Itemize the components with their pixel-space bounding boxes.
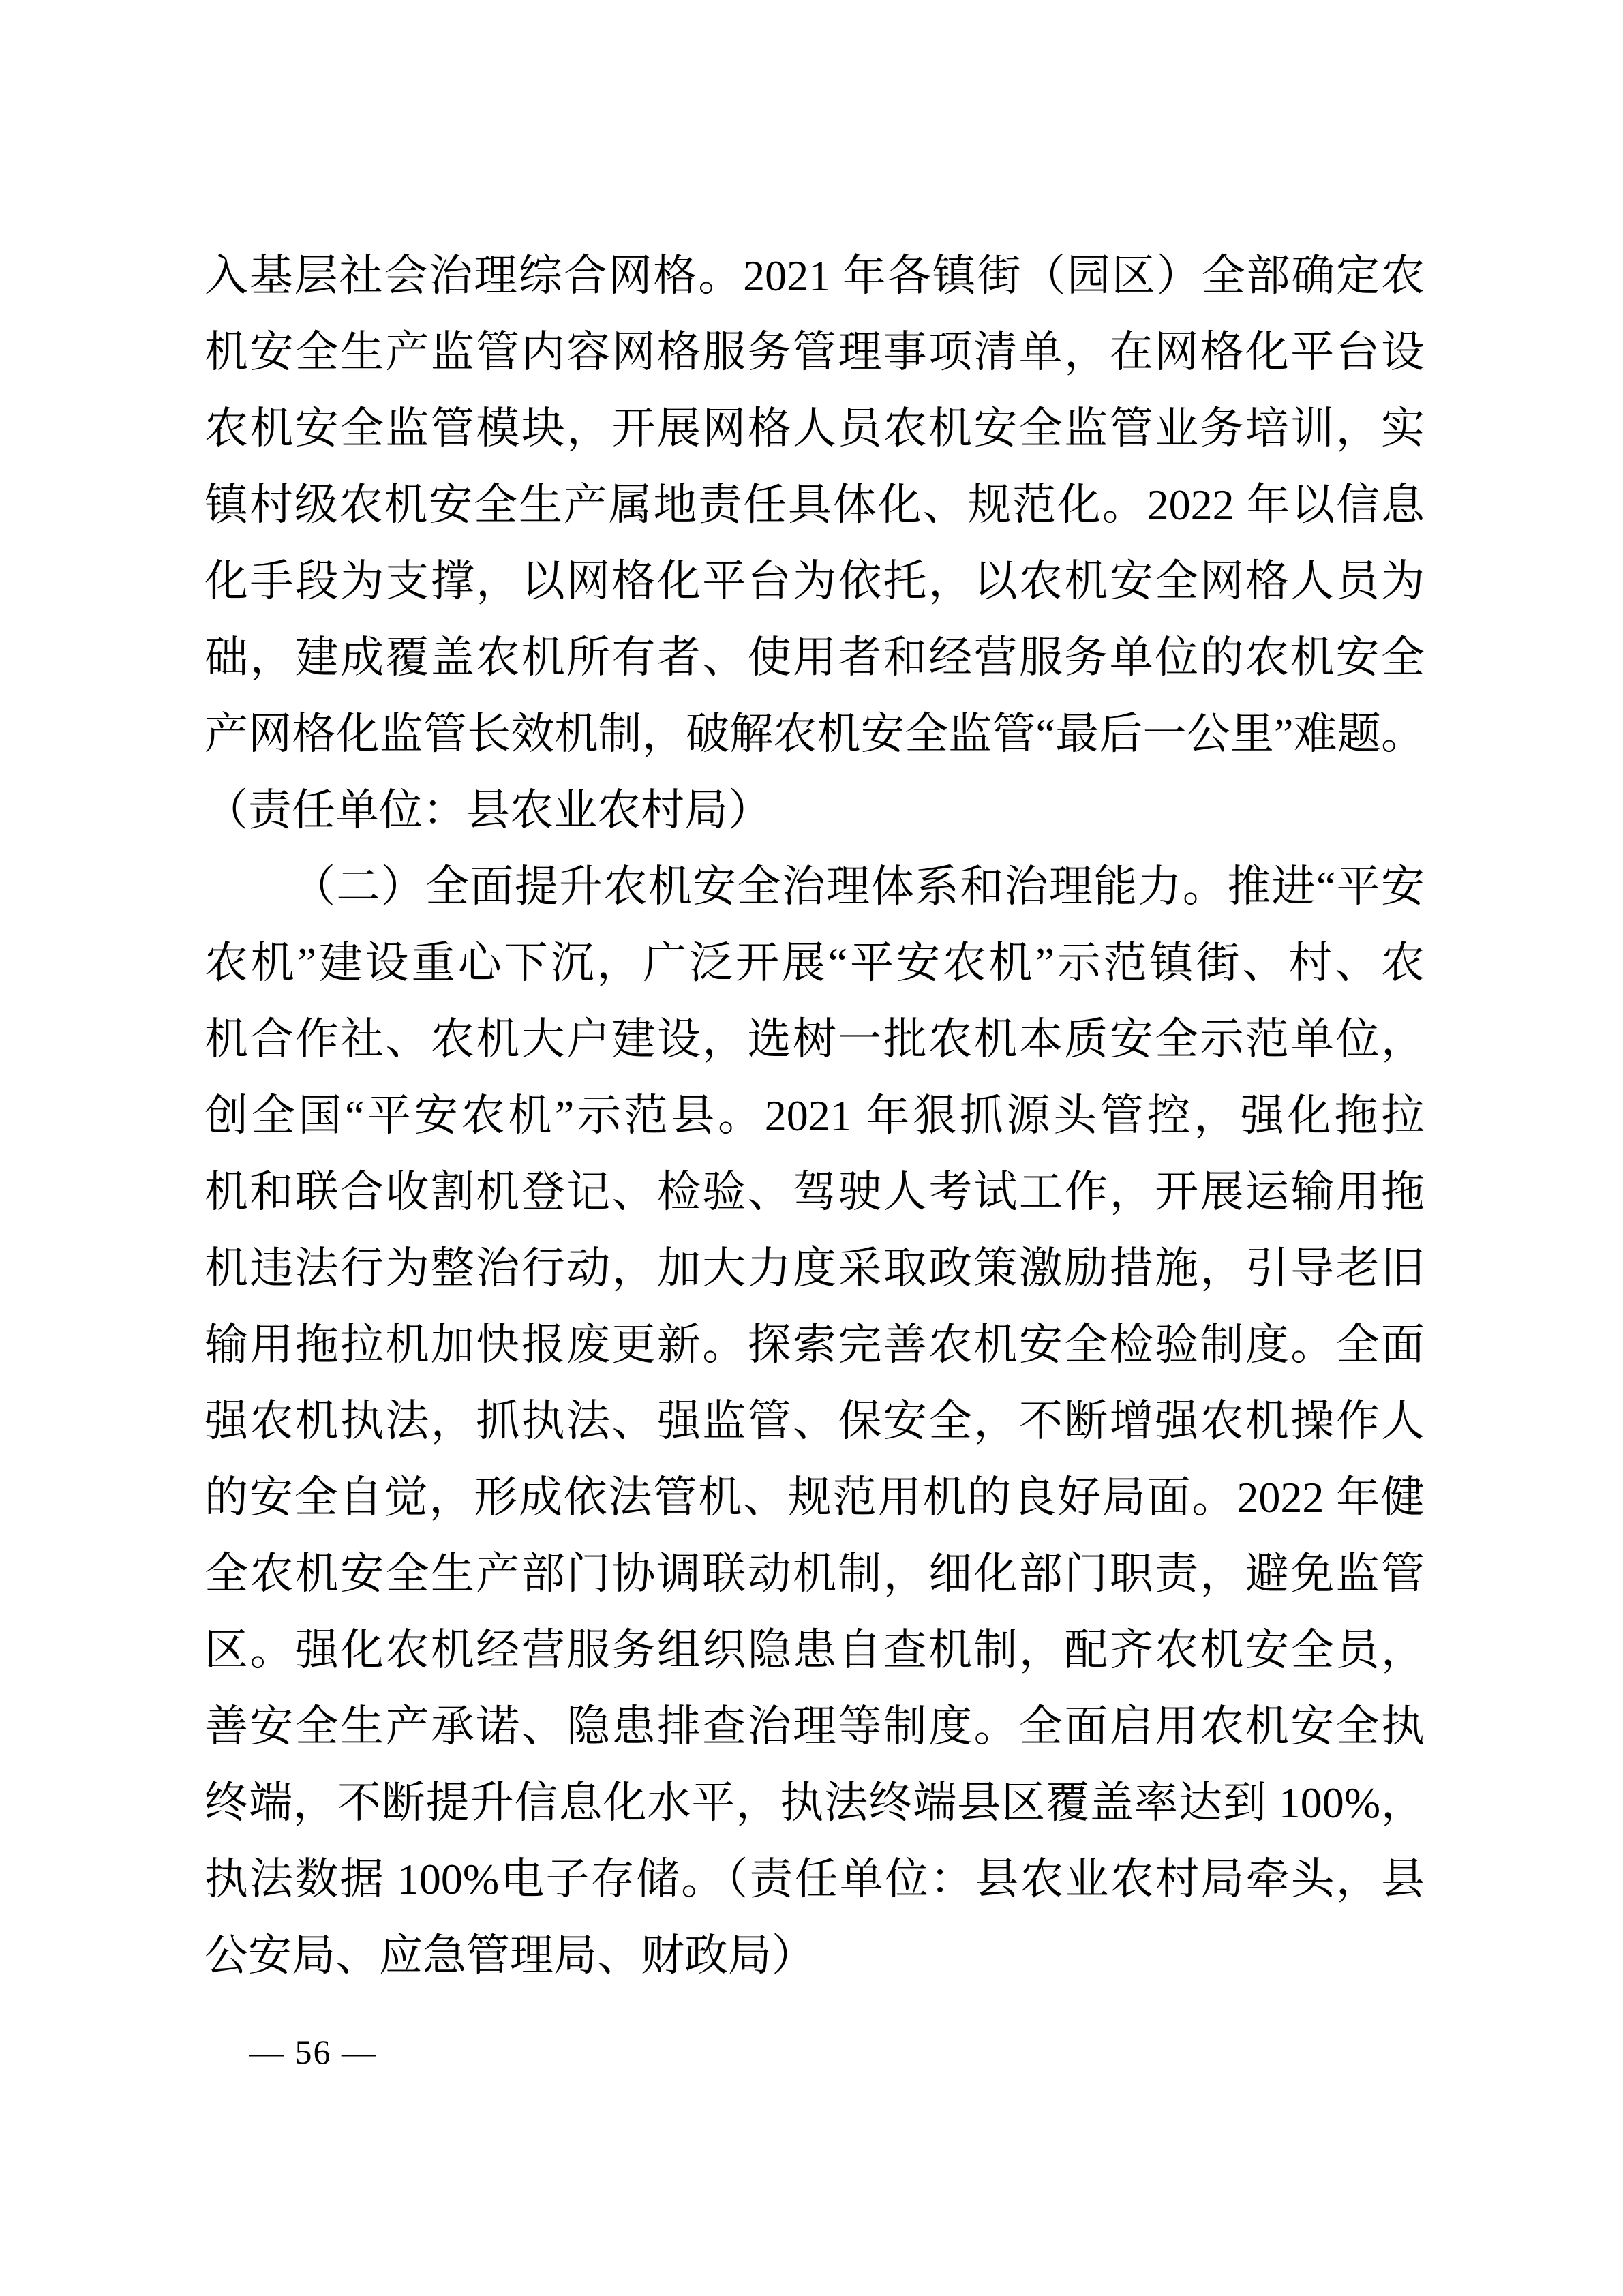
text-line: 的安全自觉，形成依法管机、规范用机的良好局面。2022 年健 bbox=[204, 1460, 1425, 1536]
text-line: 化手段为支撑，以网格化平台为依托，以农机安全网格人员为基 bbox=[204, 543, 1425, 620]
text-line: 产网格化监管长效机制，破解农机安全监管“最后一公里”难题。 bbox=[204, 696, 1425, 772]
text-line: 善安全生产承诺、隐患排查治理等制度。全面启用农机安全执法 bbox=[204, 1689, 1425, 1765]
text-line: 机和联合收割机登记、检验、驾驶人考试工作，开展运输用拖拉 bbox=[204, 1154, 1425, 1230]
text-line: 区。强化农机经营服务组织隐患自查机制，配齐农机安全员，完 bbox=[204, 1612, 1425, 1689]
text-line: 强农机执法，抓执法、强监管、保安全，不断增强农机操作人员 bbox=[204, 1383, 1425, 1460]
text-line: 输用拖拉机加快报废更新。探索完善农机安全检验制度。全面加 bbox=[204, 1307, 1425, 1383]
responsibility-unit-line: 公安局、应急管理局、财政局） bbox=[204, 1918, 1425, 1994]
text-line: 入基层社会治理综合网格。2021 年各镇街（园区）全部确定农 bbox=[204, 238, 1425, 314]
paragraph-2: （二）全面提升农机安全治理体系和治理能力。推进“平安 农机”建设重心下沉，广泛开… bbox=[204, 849, 1425, 1994]
text-line: 机合作社、农机大户建设，选树一批农机本质安全示范单位，争 bbox=[204, 1001, 1425, 1078]
text-line: 农机”建设重心下沉，广泛开展“平安农机”示范镇街、村、农 bbox=[204, 925, 1425, 1001]
text-line: （二）全面提升农机安全治理体系和治理能力。推进“平安 bbox=[204, 849, 1425, 925]
document-page: 入基层社会治理综合网格。2021 年各镇街（园区）全部确定农 机安全生产监管内容… bbox=[0, 0, 1623, 2296]
text-line: 创全国“平安农机”示范县。2021 年狠抓源头管控，强化拖拉 bbox=[204, 1078, 1425, 1154]
text-line: 农机安全监管模块，开展网格人员农机安全监管业务培训，实现 bbox=[204, 391, 1425, 467]
text-line: 镇村级农机安全生产属地责任具体化、规范化。2022 年以信息 bbox=[204, 467, 1425, 543]
text-line: 终端，不断提升信息化水平，执法终端县区覆盖率达到 100%， bbox=[204, 1765, 1425, 1841]
text-line: 机安全生产监管内容网格服务管理事项清单，在网格化平台设立 bbox=[204, 314, 1425, 391]
text-line: 础，建成覆盖农机所有者、使用者和经营服务单位的农机安全生 bbox=[204, 620, 1425, 696]
paragraph-continuation: 入基层社会治理综合网格。2021 年各镇街（园区）全部确定农 机安全生产监管内容… bbox=[204, 238, 1425, 849]
responsibility-unit-line: （责任单位：县农业农村局） bbox=[204, 772, 1425, 849]
text-line: 机违法行为整治行动，加大力度采取政策激励措施，引导老旧运 bbox=[204, 1230, 1425, 1307]
page-number: — 56 — bbox=[249, 2030, 377, 2074]
text-line: 全农机安全生产部门协调联动机制，细化部门职责，避免监管盲 bbox=[204, 1536, 1425, 1612]
text-line: 执法数据 100%电子存储。（责任单位：县农业农村局牵头，县 bbox=[204, 1841, 1425, 1918]
document-body: 入基层社会治理综合网格。2021 年各镇街（园区）全部确定农 机安全生产监管内容… bbox=[204, 238, 1425, 1994]
